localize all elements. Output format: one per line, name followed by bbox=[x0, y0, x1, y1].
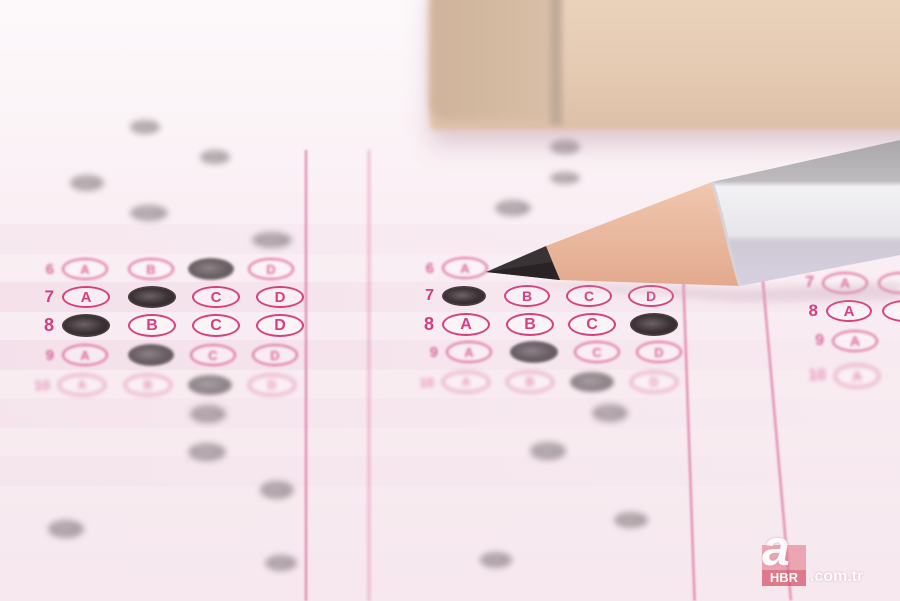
question-number: 7 bbox=[410, 287, 434, 305]
answer-row: 10 A bbox=[796, 364, 880, 388]
bubble-b[interactable]: B bbox=[506, 371, 554, 393]
question-number: 6 bbox=[30, 261, 54, 278]
question-number: 8 bbox=[794, 301, 818, 321]
bubble-d[interactable]: D bbox=[256, 314, 304, 337]
bubble-a[interactable]: A bbox=[446, 341, 492, 363]
bubble-a[interactable]: A bbox=[826, 300, 872, 322]
bubble-a-filled[interactable] bbox=[442, 286, 486, 306]
bubble-b-filled[interactable] bbox=[128, 286, 176, 308]
bubble-c[interactable]: C bbox=[568, 313, 616, 336]
bubble-b-filled[interactable] bbox=[128, 344, 174, 366]
bubble-a[interactable]: A bbox=[62, 344, 108, 366]
bubble-c[interactable]: C bbox=[574, 341, 620, 363]
pencil-body bbox=[712, 140, 900, 286]
bubble-b[interactable]: B bbox=[128, 314, 176, 337]
bubble-d[interactable]: D bbox=[630, 371, 678, 393]
bubble-b[interactable]: B bbox=[504, 285, 550, 307]
answer-row: 6 A bbox=[410, 257, 488, 279]
bubble-a[interactable]: A bbox=[62, 258, 108, 280]
bubble-b[interactable]: B bbox=[128, 258, 174, 280]
question-number: 8 bbox=[30, 315, 54, 336]
answer-row: 8 A bbox=[794, 300, 900, 322]
answer-row: 10 A B D bbox=[10, 374, 296, 396]
bubble-b[interactable]: B bbox=[506, 313, 554, 336]
eraser-side bbox=[430, 0, 555, 120]
column-divider bbox=[305, 150, 307, 601]
photo-scene: 6 A B D 7 A C D 8 B C D 9 A C D bbox=[0, 0, 900, 601]
question-number: 10 bbox=[796, 367, 826, 385]
watermark-logo: a bbox=[762, 528, 806, 570]
bubble-d[interactable]: D bbox=[252, 344, 298, 366]
bubble-d-filled[interactable] bbox=[630, 313, 678, 336]
question-number: 10 bbox=[398, 375, 434, 390]
bubble-d[interactable]: D bbox=[256, 286, 304, 308]
bubble-a[interactable]: A bbox=[832, 330, 878, 352]
answer-row: 6 A B D bbox=[30, 258, 294, 280]
question-number: 10 bbox=[10, 377, 50, 393]
watermark-domain: .com.tr bbox=[810, 568, 863, 586]
question-number: 9 bbox=[414, 344, 438, 361]
bubble-a[interactable]: A bbox=[442, 371, 490, 393]
bubble-a[interactable]: A bbox=[62, 286, 110, 308]
bubble-c-filled[interactable] bbox=[188, 375, 232, 395]
bubble-a[interactable]: A bbox=[442, 313, 490, 336]
bubble-d[interactable]: D bbox=[636, 341, 682, 363]
site-watermark: a HBR .com.tr bbox=[752, 528, 892, 590]
question-number: 7 bbox=[30, 287, 54, 307]
bubble-a[interactable]: A bbox=[834, 364, 880, 388]
answer-row: 8 B C D bbox=[30, 314, 304, 337]
bubble-b[interactable] bbox=[882, 300, 900, 322]
column-divider bbox=[368, 150, 370, 601]
bubble-c[interactable]: C bbox=[192, 286, 240, 308]
bubble-c-filled[interactable] bbox=[188, 258, 234, 280]
bubble-d[interactable]: D bbox=[248, 258, 294, 280]
question-number: 8 bbox=[410, 314, 434, 335]
answer-row: 7 A C D bbox=[30, 286, 304, 308]
bubble-a-filled[interactable] bbox=[62, 314, 110, 337]
bubble-d[interactable]: D bbox=[248, 374, 296, 396]
bubble-c[interactable]: C bbox=[192, 314, 240, 337]
eraser-edge bbox=[550, 0, 562, 125]
answer-row: 9 A C D bbox=[30, 344, 298, 366]
watermark-brand: HBR bbox=[762, 570, 806, 586]
question-number: 9 bbox=[800, 332, 824, 350]
answer-row: 9 A bbox=[800, 330, 878, 352]
bubble-b[interactable]: B bbox=[124, 374, 172, 396]
column-divider bbox=[682, 280, 695, 601]
bubble-a[interactable]: A bbox=[58, 374, 106, 396]
answer-row: 9 A C D bbox=[414, 341, 682, 363]
question-number: 9 bbox=[30, 347, 54, 364]
bubble-a[interactable]: A bbox=[442, 257, 488, 279]
answer-row: 8 A B C bbox=[410, 313, 678, 336]
question-number: 6 bbox=[410, 260, 434, 277]
row-band bbox=[0, 456, 900, 486]
answer-row: 10 A B D bbox=[398, 371, 678, 393]
bubble-c[interactable]: C bbox=[190, 344, 236, 366]
bubble-b-filled[interactable] bbox=[510, 341, 558, 363]
bubble-c-filled[interactable] bbox=[570, 372, 614, 392]
row-band bbox=[0, 398, 900, 428]
